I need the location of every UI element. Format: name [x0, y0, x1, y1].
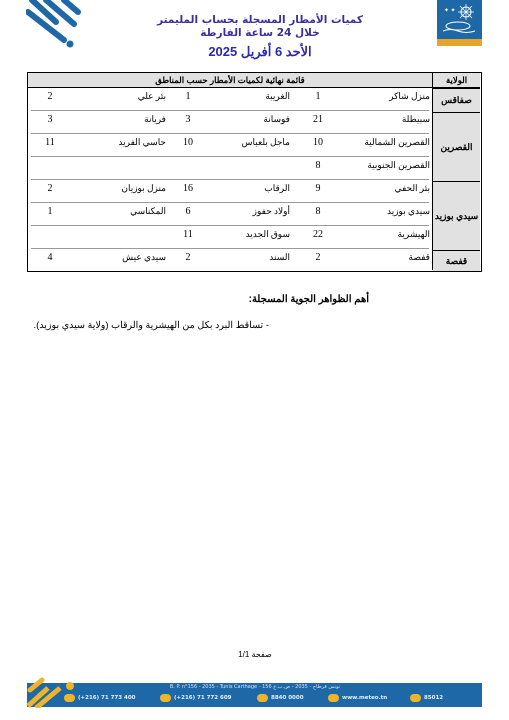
wilaya-sidi-bouzid: سيدي بوزيد — [433, 181, 480, 251]
rain-value: 2 — [178, 252, 198, 263]
table-row: القصرين الجنوبية 8 — [28, 157, 432, 180]
station-name: فوسانة — [263, 114, 290, 125]
report-subtitle: خلال 24 ساعة الفارطة — [150, 27, 370, 40]
rain-value: 22 — [308, 229, 328, 240]
station-name: سيدي عيش — [122, 252, 166, 263]
phenomena-title: أهم الظواهر الجوية المسجلة: — [169, 294, 369, 305]
station-name: السند — [269, 252, 290, 263]
station-name: منزل بوزيان — [121, 183, 166, 194]
rain-value: 3 — [178, 114, 198, 125]
station-name: فريانة — [144, 114, 166, 125]
table-row: سيدي بوزيد 8 أولاد حفوز 6 المكناسي 1 — [28, 203, 432, 226]
rain-value: 10 — [178, 137, 198, 148]
wilaya-gafsa: قفصة — [433, 250, 480, 271]
svg-text:✦ ✦: ✦ ✦ — [444, 7, 456, 14]
station-name: الغريبة — [265, 91, 290, 102]
footer-stripes-icon — [26, 676, 76, 708]
rain-value: 11 — [178, 229, 198, 240]
table-header-list: قائمة نهائية لكميات الأمطار حسب المناطق — [28, 73, 433, 88]
station-name: سيدي بوزيد — [387, 206, 430, 217]
rain-value: 1 — [178, 91, 198, 102]
wilaya-kasserine: القصرين — [433, 112, 480, 182]
rain-value: 16 — [178, 183, 198, 194]
rain-value: 8 — [308, 160, 328, 171]
rain-value: 2 — [40, 91, 60, 102]
table-row: الهيشرية 22 سوق الجديد 11 — [28, 226, 432, 249]
rain-value: 21 — [308, 114, 328, 125]
table-row: بئر الحفي 9 الرقاب 16 منزل بوزيان 2 — [28, 180, 432, 203]
rain-value: 10 — [308, 137, 328, 148]
station-name: القصرين الشمالية — [364, 137, 430, 148]
rain-value: 11 — [40, 137, 60, 148]
phenomena-item: - تساقط البرد بكل من الهيشرية والرقاب (و… — [29, 320, 269, 331]
station-name: حاسي الفريد — [118, 137, 166, 148]
station-name: بئر علي — [138, 91, 166, 102]
footer-phone: (+216) 71 773 400 — [64, 694, 135, 702]
station-name: أولاد حفوز — [253, 206, 290, 217]
rain-value: 2 — [308, 252, 328, 263]
station-name: سوق الجديد — [246, 229, 290, 240]
footer-fax: (+216) 71 772 609 — [160, 694, 231, 702]
station-name: قفصة — [409, 252, 431, 263]
page-number: صفحة 1/1 — [200, 650, 310, 659]
station-name: المكناسي — [130, 206, 166, 217]
table-header-wilaya: الولاية — [433, 73, 480, 88]
table-row: القصرين الشمالية 10 ماجل بلعباس 10 حاسي … — [28, 134, 432, 157]
rain-value: 1 — [40, 206, 60, 217]
institute-logo: ✦ ✦ — [437, 0, 482, 46]
rain-value: 8 — [308, 206, 328, 217]
station-name: الهيشرية — [398, 229, 430, 240]
station-name: سبيطلة — [402, 114, 430, 125]
star-wave-emblem-icon: ✦ ✦ — [440, 2, 479, 36]
rain-value: 4 — [40, 252, 60, 263]
footer-green-number: 8840 0000 — [257, 694, 304, 702]
rainfall-table: قائمة نهائية لكميات الأمطار حسب المناطق … — [27, 72, 482, 272]
station-name: ماجل بلعباس — [242, 137, 290, 148]
fax-icon — [160, 694, 171, 702]
globe-icon — [328, 694, 339, 702]
station-name: الرقاب — [264, 183, 290, 194]
stripes-logo-icon — [26, 0, 88, 48]
rain-value: 6 — [178, 206, 198, 217]
phone-icon — [64, 694, 75, 702]
footer-address: B. P. n°156 - 2035 - Tunis Carthage - تو… — [120, 684, 390, 690]
sms-icon — [410, 694, 421, 702]
rain-value: 9 — [308, 183, 328, 194]
report-date: الأحد 6 أفريل 2025 — [160, 44, 360, 60]
rain-value: 1 — [308, 91, 328, 102]
footer-website[interactable]: www.meteo.tn — [328, 694, 387, 702]
report-title: كميات الأمطار المسجلة بحساب المليمتر — [150, 14, 370, 27]
table-row: سبيطلة 21 فوسانة 3 فريانة 3 — [28, 111, 432, 134]
table-row: قفصة 2 السند 2 سيدي عيش 4 — [28, 249, 432, 272]
logo-band — [437, 39, 482, 46]
rain-value: 2 — [40, 183, 60, 194]
station-name: منزل شاكر — [389, 91, 430, 102]
rain-value: 3 — [40, 114, 60, 125]
station-name: القصرين الجنوبية — [367, 160, 430, 171]
footer-sms: 85012 — [410, 694, 443, 702]
call-icon — [257, 694, 268, 702]
station-name: بئر الحفي — [394, 183, 430, 194]
table-row: منزل شاكر 1 الغريبة 1 بئر علي 2 — [28, 88, 432, 111]
wilaya-sfax: صفاقس — [433, 88, 480, 112]
